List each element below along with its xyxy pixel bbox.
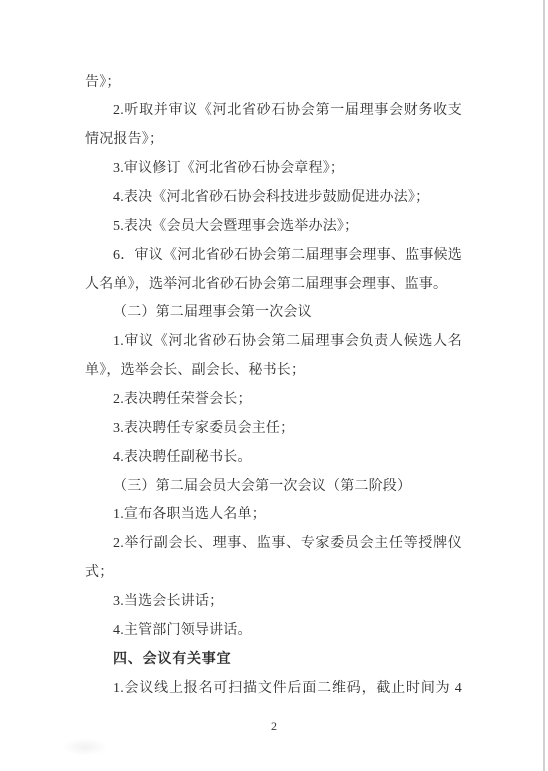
section-heading: 四、会议有关事宜 (85, 646, 462, 675)
text-line: 2.听取并审议《河北省砂石协会第一届理事会财务收支 (85, 97, 462, 126)
text-line: 3.当选会长讲话； (85, 588, 462, 617)
text-line: 4.主管部门领导讲话。 (85, 617, 462, 646)
text-line: 情况报告》； (85, 126, 462, 155)
text-line: 1.审议《河北省砂石协会第二届理事会负责人候选人名 (85, 328, 462, 357)
text-line: 6．审议《河北省砂石协会第二届理事会理事、监事候选 (85, 242, 462, 271)
document-page: 告》； 2.听取并审议《河北省砂石协会第一届理事会财务收支 情况报告》； 3.审… (0, 0, 548, 771)
text-line: 人名单》，选举河北省砂石协会第二届理事会理事、监事。 (85, 271, 462, 300)
text-line: 4.表决《河北省砂石协会科技进步鼓励促进办法》； (85, 184, 462, 213)
scan-edge-right (543, 0, 545, 771)
text-line: 告》； (85, 69, 462, 98)
page-content: 告》； 2.听取并审议《河北省砂石协会第一届理事会财务收支 情况报告》； 3.审… (85, 69, 462, 704)
text-line: 2.举行副会长、理事、监事、专家委员会主任等授牌仪 (85, 530, 462, 559)
text-line: （二）第二届理事会第一次会议 (85, 299, 462, 328)
text-line: 单》，选举会长、副会长、秘书长； (85, 357, 462, 386)
scan-smudge (62, 738, 108, 756)
page-number: 2 (0, 718, 548, 734)
text-line: 式； (85, 559, 462, 588)
text-line: 5.表决《会员大会暨理事会选举办法》； (85, 213, 462, 242)
text-line: 2.表决聘任荣誉会长； (85, 386, 462, 415)
text-line: 1.宣布各职当选人名单； (85, 501, 462, 530)
text-line: （三）第二届会员大会第一次会议（第二阶段） (85, 473, 462, 502)
text-line: 4.表决聘任副秘书长。 (85, 444, 462, 473)
text-line: 1.会议线上报名可扫描文件后面二维码，截止时间为 4 (85, 675, 462, 704)
text-line: 3.表决聘任专家委员会主任； (85, 415, 462, 444)
text-line: 3.审议修订《河北省砂石协会章程》； (85, 155, 462, 184)
